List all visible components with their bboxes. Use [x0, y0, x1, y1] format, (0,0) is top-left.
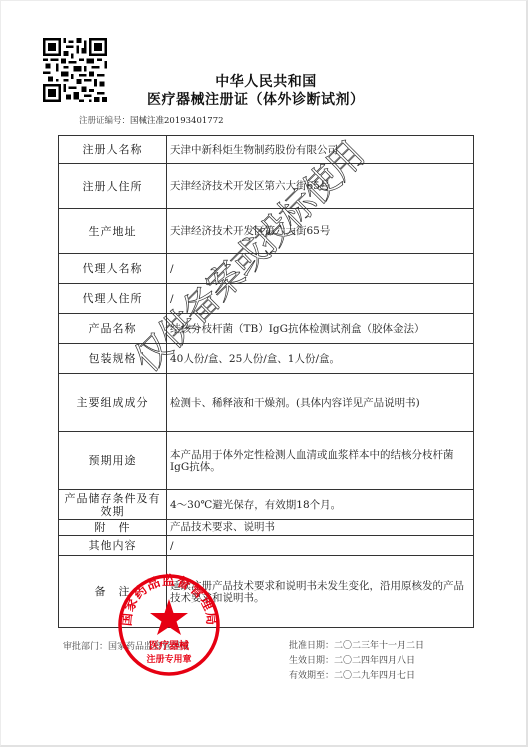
row-value: 4～30℃避光保存，有效期18个月。: [167, 490, 474, 520]
row-value: 本产品用于体外定性检测人血清或血浆样本中的结核分枝杆菌IgG抗体。: [167, 432, 474, 490]
approval-date-value: 二〇二三年十一月二日: [334, 641, 424, 651]
registration-number: 注册证编号：国械注准20193401772: [79, 114, 224, 126]
approval-date: 批准日期：二〇二三年十一月二日: [289, 639, 424, 654]
table-row: 生产地址天津经济技术开发区第六大街65号: [59, 209, 474, 254]
table-row: 注册人名称天津中新科炬生物制药股份有限公司: [59, 136, 474, 164]
certificate-table: 注册人名称天津中新科炬生物制药股份有限公司 注册人住所天津经济技术开发区第六大街…: [58, 135, 474, 628]
title-country: 中华人民共和国: [1, 71, 530, 91]
row-value: /: [167, 536, 474, 556]
row-value: /: [167, 254, 474, 284]
table-row: 代理人名称/: [59, 254, 474, 284]
row-label: 备 注: [59, 556, 167, 628]
row-label: 代理人住所: [59, 284, 167, 314]
row-label: 产品名称: [59, 314, 167, 344]
row-label: 附 件: [59, 520, 167, 536]
row-label: 注册人名称: [59, 136, 167, 164]
row-value: 40人份/盒、25人份/盒、1人份/盒。: [167, 344, 474, 374]
approval-department-value: 国家药品监督管理局: [108, 642, 189, 652]
row-label: 生产地址: [59, 209, 167, 254]
table-row: 主要组成成分检测卡、稀释液和干燥剂。(具体内容详见产品说明书): [59, 374, 474, 432]
effective-date-value: 二〇二四年四月八日: [334, 656, 415, 666]
row-label: 包装规格: [59, 344, 167, 374]
registration-number-label: 注册证编号：: [79, 116, 130, 126]
table-row: 备 注延续注册产品技术要求和说明书未发生变化，沿用原核发的产品技术要求和说明书。: [59, 556, 474, 628]
title-certificate: 医疗器械注册证（体外诊断试剂）: [147, 89, 365, 109]
effective-date-label: 生效日期：: [289, 656, 334, 666]
row-value: 天津经济技术开发区第六大街65号: [167, 164, 474, 209]
table-row: 产品名称结核分枝杆菌（TB）IgG抗体检测试剂盒（胶体金法）: [59, 314, 474, 344]
table-row: 注册人住所天津经济技术开发区第六大街65号: [59, 164, 474, 209]
row-label: 主要组成成分: [59, 374, 167, 432]
registration-number-value: 国械注准20193401772: [130, 116, 224, 126]
qr-code-icon[interactable]: [43, 38, 107, 102]
row-value: 延续注册产品技术要求和说明书未发生变化，沿用原核发的产品技术要求和说明书。: [167, 556, 474, 628]
expiry-date-label: 有效期至：: [289, 671, 334, 681]
approval-department: 审批部门：国家药品监督管理局: [63, 639, 189, 652]
row-label: 预期用途: [59, 432, 167, 490]
row-value: /: [167, 284, 474, 314]
table-row: 产品储存条件及有效期4～30℃避光保存，有效期18个月。: [59, 490, 474, 520]
row-label: 代理人名称: [59, 254, 167, 284]
approval-department-label: 审批部门：: [63, 642, 108, 652]
approval-date-label: 批准日期：: [289, 641, 334, 651]
certificate-page: 中华人民共和国 医疗器械注册证（体外诊断试剂） 注册证编号：国械注准201934…: [0, 0, 528, 747]
table-row: 预期用途本产品用于体外定性检测人血清或血浆样本中的结核分枝杆菌IgG抗体。: [59, 432, 474, 490]
row-label: 产品储存条件及有效期: [59, 490, 167, 520]
row-label: 注册人住所: [59, 164, 167, 209]
expiry-date: 有效期至：二〇二九年四月七日: [289, 669, 424, 684]
row-value: 天津中新科炬生物制药股份有限公司: [167, 136, 474, 164]
seal-line2: 注册专用章: [146, 653, 191, 665]
row-label: 其他内容: [59, 536, 167, 556]
row-value: 产品技术要求、说明书: [167, 520, 474, 536]
row-value: 检测卡、稀释液和干燥剂。(具体内容详见产品说明书): [167, 374, 474, 432]
date-block: 批准日期：二〇二三年十一月二日 生效日期：二〇二四年四月八日 有效期至：二〇二九…: [289, 639, 424, 684]
row-value: 天津经济技术开发区第六大街65号: [167, 209, 474, 254]
expiry-date-value: 二〇二九年四月七日: [334, 671, 415, 681]
row-value: 结核分枝杆菌（TB）IgG抗体检测试剂盒（胶体金法）: [167, 314, 474, 344]
table-row: 附 件产品技术要求、说明书: [59, 520, 474, 536]
table-row: 代理人住所/: [59, 284, 474, 314]
table-row: 包装规格40人份/盒、25人份/盒、1人份/盒。: [59, 344, 474, 374]
table-row: 其他内容/: [59, 536, 474, 556]
effective-date: 生效日期：二〇二四年四月八日: [289, 654, 424, 669]
